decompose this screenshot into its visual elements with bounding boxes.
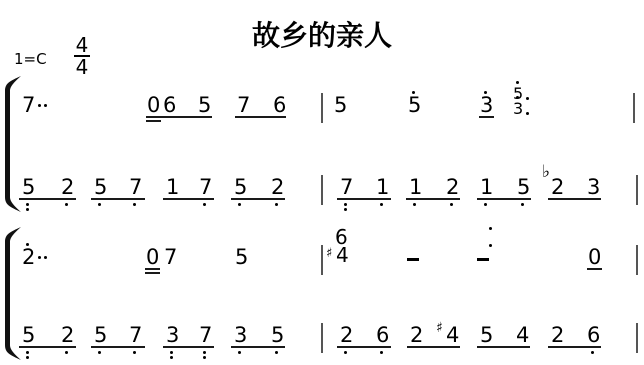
- underline-beam: [146, 116, 161, 118]
- note: 6: [163, 98, 176, 113]
- sheet-music-page: 故乡的亲人 1=C 4 4 7065765535352571752711215♭…: [0, 0, 644, 365]
- augmentation-dot-icon: [526, 97, 529, 100]
- note-digit: 5: [22, 328, 35, 343]
- note-digit: 5: [334, 98, 347, 113]
- note-digit: 2: [271, 180, 284, 195]
- octave-dot-below-icon: [133, 351, 136, 354]
- augmentation-dot-icon: [44, 256, 47, 259]
- note: 6: [587, 328, 600, 343]
- beam-line: [548, 198, 601, 200]
- octave-dot-above-icon: [484, 91, 487, 94]
- note-digit: 5: [94, 180, 107, 195]
- note: 2: [271, 180, 284, 195]
- octave-dot-below-icon: [203, 203, 206, 206]
- note: 5: [198, 98, 211, 113]
- beam-line: [477, 346, 530, 348]
- octave-dot-below-icon: [484, 203, 487, 206]
- note-digit: 5: [22, 180, 35, 195]
- beam-line: [19, 198, 76, 200]
- note-digit: 6: [335, 230, 348, 244]
- note: 3: [234, 328, 247, 343]
- note-digit: 6: [273, 98, 286, 113]
- barline: [321, 323, 323, 353]
- beam-line: [91, 198, 145, 200]
- note: 1: [166, 180, 179, 195]
- underline-beam: [587, 268, 602, 270]
- note: 5: [235, 250, 248, 265]
- underline-beam: [145, 272, 160, 274]
- note-digit: 4: [446, 328, 459, 343]
- note: 0: [588, 250, 601, 265]
- beam-line: [161, 116, 212, 118]
- note-digit: 3: [587, 180, 600, 195]
- note-digit: 2: [410, 328, 423, 343]
- note-digit: 6: [376, 328, 389, 343]
- octave-dot-below-icon: [275, 203, 278, 206]
- octave-dot-below-icon: [65, 203, 68, 206]
- octave-dot-below-icon: [65, 351, 68, 354]
- note-digit: 7: [129, 328, 142, 343]
- note: 4: [516, 328, 529, 343]
- octave-dot-below-icon: [380, 351, 383, 354]
- octave-dot-below-icon: [275, 351, 278, 354]
- note-digit: 7: [237, 98, 250, 113]
- barline: [321, 93, 323, 123]
- barline: [636, 175, 638, 205]
- beam-line: [407, 346, 460, 348]
- note: 6: [273, 98, 286, 113]
- dash-octave-dot-icon: [489, 244, 492, 247]
- augmentation-dot-icon: [44, 104, 47, 107]
- octave-dot-below-icon: [98, 351, 101, 354]
- underline-beam: [146, 120, 161, 122]
- barline: [321, 175, 323, 205]
- note: 2: [22, 250, 35, 265]
- note: 7: [340, 180, 353, 195]
- note-digit: 0: [588, 250, 601, 265]
- note: 5: [480, 328, 493, 343]
- note: 7: [199, 328, 212, 343]
- note-digit: 5: [235, 250, 248, 265]
- beam-line: [548, 346, 601, 348]
- note-digit: 7: [199, 328, 212, 343]
- octave-dot-below-icon: [238, 203, 241, 206]
- note-digit: 5: [94, 328, 107, 343]
- octave-dot-below-icon: [344, 203, 347, 206]
- dash-octave-dot-icon: [489, 227, 492, 230]
- note-digit: 5: [408, 98, 421, 113]
- note: 5: [234, 180, 247, 195]
- note: ♯4: [446, 328, 459, 343]
- note-digit: 6: [163, 98, 176, 113]
- note: 7: [164, 250, 177, 265]
- octave-dot-below-icon: [450, 203, 453, 206]
- underline-beam: [145, 268, 160, 270]
- note-digit: 7: [340, 180, 353, 195]
- note: 3: [166, 328, 179, 343]
- octave-dot-below-icon: [591, 351, 594, 354]
- octave-dot-below-icon: [203, 356, 206, 359]
- octave-dot-below-icon: [26, 351, 29, 354]
- note-digit: 1: [376, 180, 389, 195]
- note: 5: [22, 328, 35, 343]
- note: 6: [335, 230, 348, 244]
- underline-beam: [479, 116, 494, 118]
- note: 2: [410, 328, 423, 343]
- note-digit: 1: [480, 180, 493, 195]
- note-digit: 3: [513, 103, 523, 115]
- note-digit: 7: [199, 180, 212, 195]
- octave-dot-below-icon: [413, 203, 416, 206]
- note: 7: [129, 328, 142, 343]
- note-digit: 1: [409, 180, 422, 195]
- note-digit: 3: [480, 98, 493, 113]
- held-note-dash: [407, 258, 419, 261]
- note: 5: [334, 98, 347, 113]
- octave-dot-below-icon: [203, 351, 206, 354]
- note: 2: [61, 328, 74, 343]
- octave-dot-below-icon: [133, 203, 136, 206]
- augmentation-dot-icon: [38, 256, 41, 259]
- beam-line: [337, 346, 391, 348]
- note: ♭2: [551, 180, 564, 195]
- note: 0: [147, 98, 160, 113]
- note-digit: 0: [147, 98, 160, 113]
- note: 2: [61, 180, 74, 195]
- note: 5: [94, 180, 107, 195]
- beam-line: [91, 346, 145, 348]
- barline: [636, 323, 638, 353]
- octave-dot-above-icon: [26, 243, 29, 246]
- octave-dot-below-icon: [98, 203, 101, 206]
- octave-dot-below-icon: [380, 203, 383, 206]
- note: 7: [199, 180, 212, 195]
- note: 6: [376, 328, 389, 343]
- note: 5: [271, 328, 284, 343]
- octave-dot-below-icon: [344, 208, 347, 211]
- octave-dot-below-icon: [344, 351, 347, 354]
- beam-line: [477, 198, 531, 200]
- score: 7065765535352571752711215♭2320756♯405257…: [0, 0, 644, 365]
- note-digit: 6: [587, 328, 600, 343]
- barline: [633, 93, 635, 123]
- note-digit: 0: [146, 250, 159, 265]
- note-digit: 7: [164, 250, 177, 265]
- note-digit: 5: [234, 180, 247, 195]
- flat-accidental-icon: ♭: [542, 164, 550, 181]
- note: 0: [146, 250, 159, 265]
- note-digit: 2: [61, 180, 74, 195]
- note-digit: 4: [516, 328, 529, 343]
- note: 3: [513, 103, 523, 115]
- note: 7: [22, 98, 35, 113]
- octave-dot-below-icon: [26, 203, 29, 206]
- octave-dot-below-icon: [238, 351, 241, 354]
- note-digit: 2: [22, 250, 35, 265]
- note-digit: 4: [336, 248, 349, 262]
- note: 5: [22, 180, 35, 195]
- system-bracket-icon: [2, 227, 24, 360]
- barline: [636, 245, 638, 275]
- octave-dot-below-icon: [521, 203, 524, 206]
- note-digit: 1: [166, 180, 179, 195]
- note-digit: 7: [22, 98, 35, 113]
- beam-line: [163, 198, 214, 200]
- octave-dot-below-icon: [170, 351, 173, 354]
- note: 3: [480, 98, 493, 113]
- note-digit: 5: [271, 328, 284, 343]
- beam-line: [235, 116, 286, 118]
- note: 2: [551, 328, 564, 343]
- beam-line: [231, 198, 285, 200]
- note: 1: [409, 180, 422, 195]
- note-digit: 3: [234, 328, 247, 343]
- note-digit: 5: [198, 98, 211, 113]
- beam-line: [337, 198, 391, 200]
- sharp-accidental-icon: ♯: [436, 321, 443, 335]
- augmentation-dot-icon: [526, 112, 529, 115]
- octave-dot-above-icon: [412, 91, 415, 94]
- held-note-dash: [477, 258, 489, 261]
- note: 3: [587, 180, 600, 195]
- note-digit: 2: [61, 328, 74, 343]
- octave-dot-below-icon: [26, 208, 29, 211]
- sharp-accidental-icon: ♯: [326, 247, 332, 260]
- note-digit: 7: [129, 180, 142, 195]
- barline: [321, 245, 323, 275]
- note: ♯4: [336, 248, 349, 262]
- octave-dot-below-icon: [26, 356, 29, 359]
- octave-dot-below-icon: [170, 356, 173, 359]
- augmentation-dot-icon: [38, 104, 41, 107]
- note: 5: [517, 180, 530, 195]
- note: 5: [408, 98, 421, 113]
- note-digit: 5: [517, 180, 530, 195]
- note: 1: [480, 180, 493, 195]
- note-digit: 2: [340, 328, 353, 343]
- beam-line: [19, 346, 76, 348]
- beam-line: [163, 346, 214, 348]
- note: 7: [237, 98, 250, 113]
- note-digit: 2: [551, 180, 564, 195]
- beam-line: [406, 198, 460, 200]
- note: 7: [129, 180, 142, 195]
- note-digit: 2: [551, 328, 564, 343]
- note: 5: [94, 328, 107, 343]
- note: 2: [340, 328, 353, 343]
- note-digit: 3: [166, 328, 179, 343]
- system-bracket-icon: [2, 76, 24, 212]
- note-digit: 2: [446, 180, 459, 195]
- note-digit: 5: [480, 328, 493, 343]
- beam-line: [231, 346, 285, 348]
- note: 1: [376, 180, 389, 195]
- note: 2: [446, 180, 459, 195]
